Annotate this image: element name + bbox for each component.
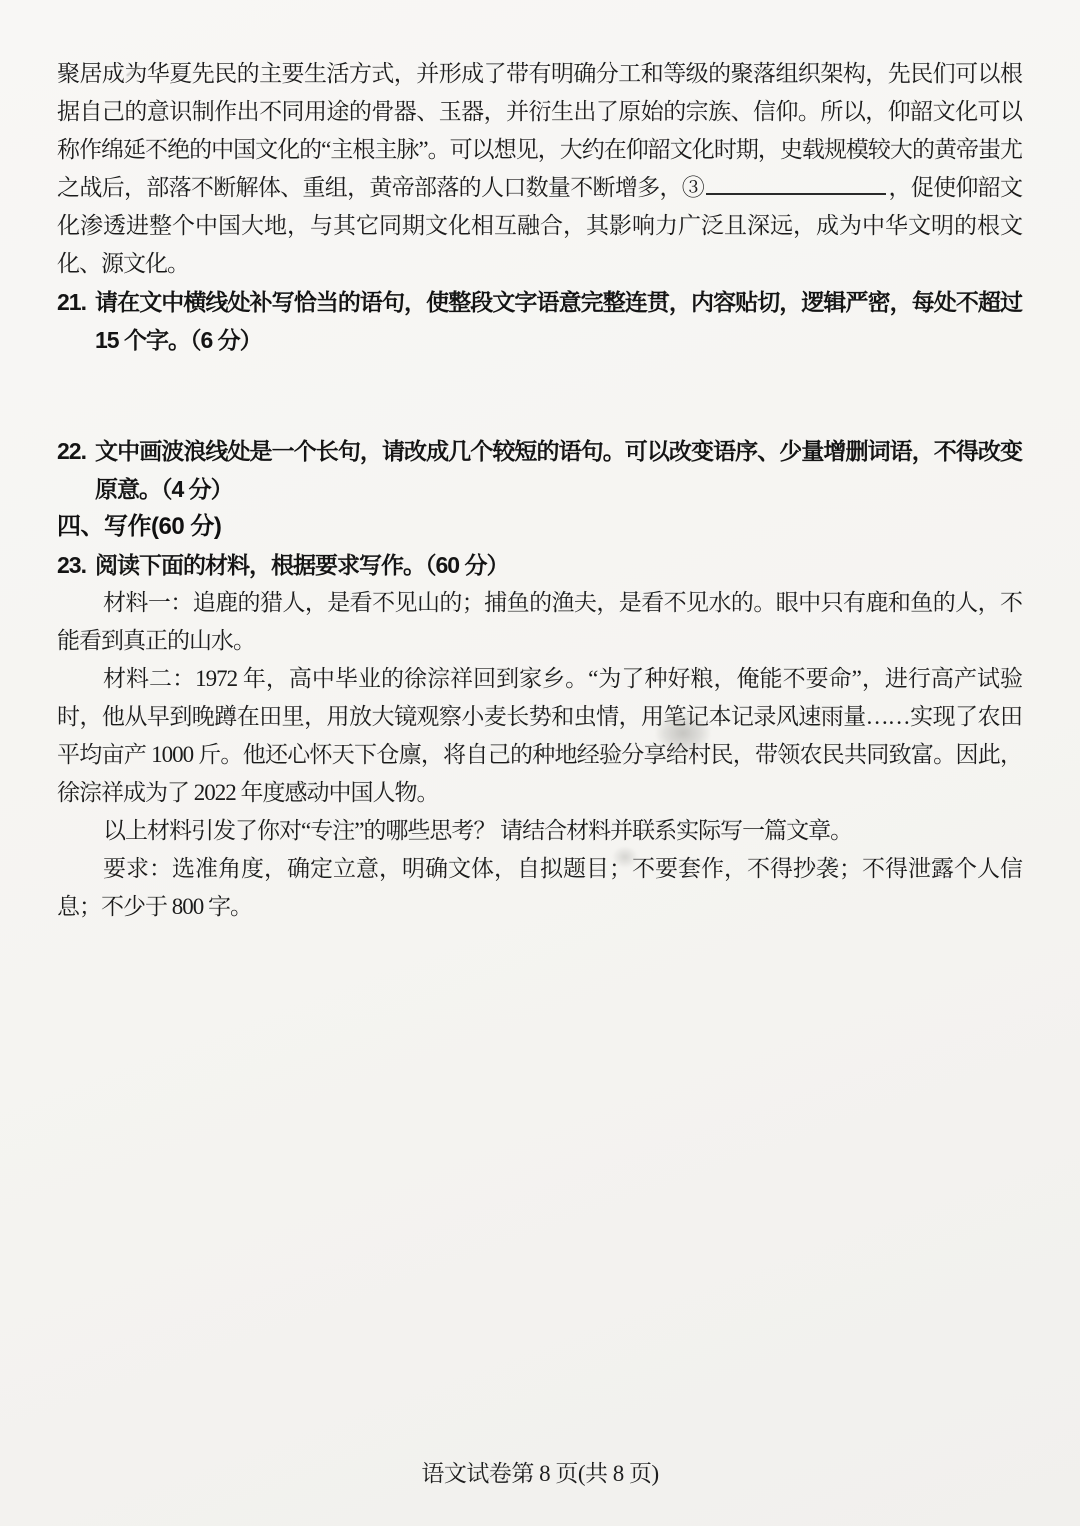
question-22-number: 22.	[57, 438, 86, 464]
section-4-heading: 四、写作(60 分)	[57, 508, 1022, 546]
question-21: 21.请在文中横线处补写恰当的语句，使整段文字语意完整连贯，内容贴切，逻辑严密，…	[57, 283, 1022, 359]
page-content: 聚居成为华夏先民的主要生活方式，并形成了带有明确分工和等级的聚落组织架构，先民们…	[57, 55, 1022, 926]
question-21-text: 请在文中横线处补写恰当的语句，使整段文字语意完整连贯，内容贴切，逻辑严密，每处不…	[95, 289, 1022, 353]
essay-prompt-paragraph: 以上材料引发了你对“专注”的哪些思考？ 请结合材料并联系实际写一篇文章。	[57, 812, 1022, 850]
question-23-number: 23.	[57, 552, 86, 578]
page-footer: 语文试卷第 8 页(共 8 页)	[0, 1455, 1080, 1488]
question-22: 22.文中画波浪线处是一个长句，请改成几个较短的语句。可以改变语序、少量增删词语…	[57, 432, 1022, 508]
passage-paragraph: 聚居成为华夏先民的主要生活方式，并形成了带有明确分工和等级的聚落组织架构，先民们…	[57, 55, 1022, 283]
material-1-paragraph: 材料一：追鹿的猎人，是看不见山的；捕鱼的渔夫，是看不见水的。眼中只有鹿和鱼的人，…	[57, 584, 1022, 660]
exam-paper-page: 聚居成为华夏先民的主要生活方式，并形成了带有明确分工和等级的聚落组织架构，先民们…	[0, 0, 1080, 1526]
question-23-text: 阅读下面的材料，根据要求写作。（60 分）	[95, 552, 508, 578]
question-22-text: 文中画波浪线处是一个长句，请改成几个较短的语句。可以改变语序、少量增删词语，不得…	[95, 438, 1022, 502]
fill-in-blank-3	[706, 170, 886, 195]
material-2-paragraph: 材料二：1972 年，高中毕业的徐淙祥回到家乡。“为了种好粮，俺能不要命”，进行…	[57, 660, 1022, 812]
question-21-number: 21.	[57, 289, 86, 315]
question-23: 23.阅读下面的材料，根据要求写作。（60 分）	[57, 546, 1022, 584]
essay-requirements-paragraph: 要求：选准角度，确定立意，明确文体，自拟题目；不要套作，不得抄袭；不得泄露个人信…	[57, 850, 1022, 926]
